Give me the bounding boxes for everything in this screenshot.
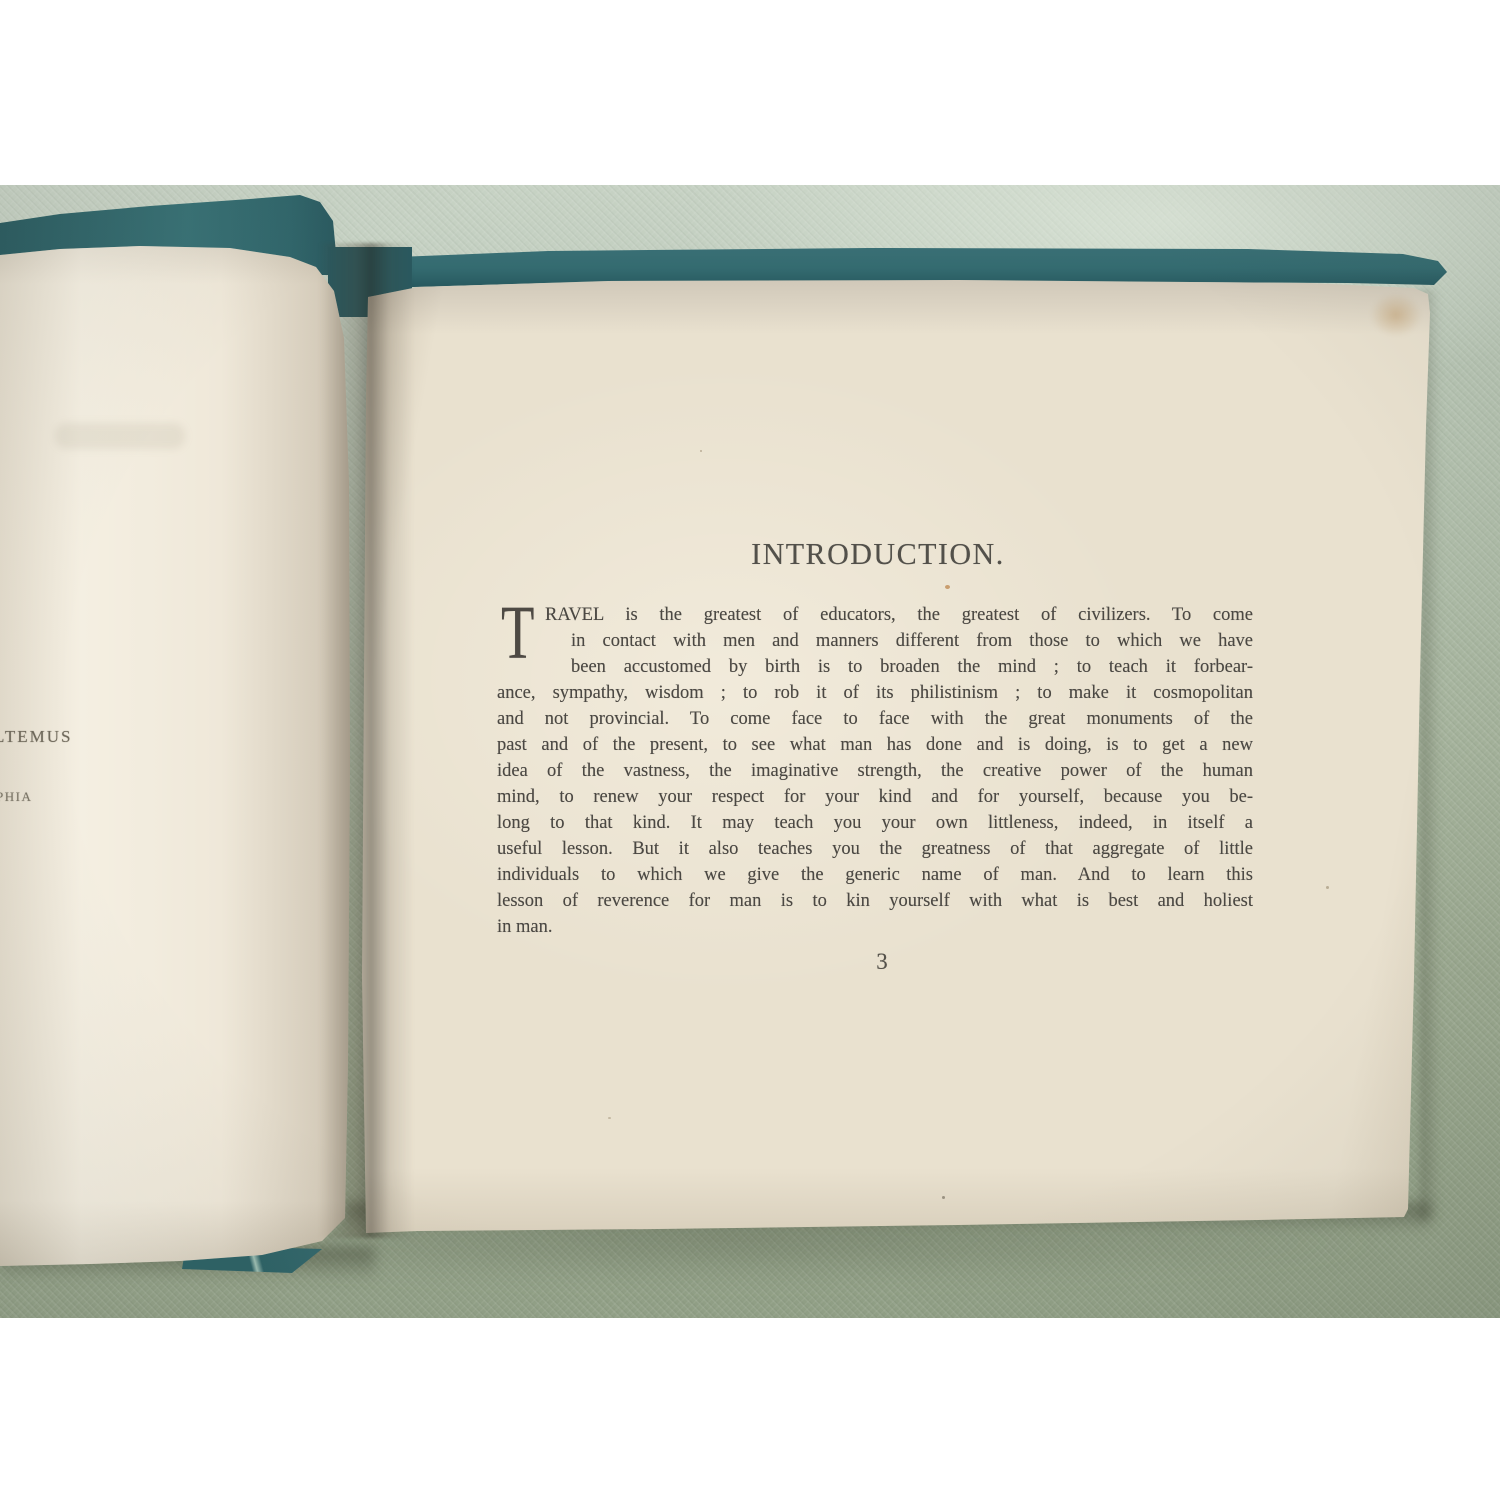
page-number: 3 [497,949,1253,975]
gutter-shadow [318,243,414,1238]
left-page-text-fragment-publisher: LTEMUS [0,727,72,747]
show-through-smudge [55,423,185,449]
text-line: individuals to which we give the generic… [497,862,1253,888]
text-line: idea of the vastness, the imaginative st… [497,758,1253,784]
text-line: past and of the present, to see what man… [497,732,1253,758]
paragraph-block: T RAVEL is the greatest of educators, th… [497,602,1253,975]
text-line: RAVEL is the greatest of educators, the … [545,602,1253,628]
text-line: lesson of reverence for man is to kin yo… [497,888,1253,914]
foxing-speck [608,1117,611,1119]
foxing-stain [1370,293,1422,337]
foxing-speck [942,1196,945,1199]
text-line: been accustomed by birth is to broaden t… [571,654,1253,680]
text-line: ance, sympathy, wisdom ; to rob it of it… [497,680,1253,706]
photo-frame: LTEMUS PHIA INTRODUCTION. T RAVEL is the… [0,0,1500,1500]
text-line: in man. [497,914,1253,940]
chapter-heading: INTRODUCTION. [508,536,1241,568]
text-line: mind, to renew your respect for your kin… [497,784,1253,810]
text-line: and not provincial. To come face to face… [497,706,1253,732]
text-line: in contact with men and manners differen… [571,628,1253,654]
drop-cap: T [501,595,534,671]
left-page-text-fragment-city: PHIA [0,789,32,805]
left-page: LTEMUS PHIA [0,243,368,1273]
text-line: long to that kind. It may teach you your… [497,810,1253,836]
printed-page-content: INTRODUCTION. T RAVEL is the greatest of… [497,536,1253,975]
foxing-speck [700,450,702,452]
foxing-speck [1326,886,1329,889]
open-book-photo: LTEMUS PHIA INTRODUCTION. T RAVEL is the… [0,185,1500,1318]
text-line: useful lesson. But it also teaches you t… [497,836,1253,862]
